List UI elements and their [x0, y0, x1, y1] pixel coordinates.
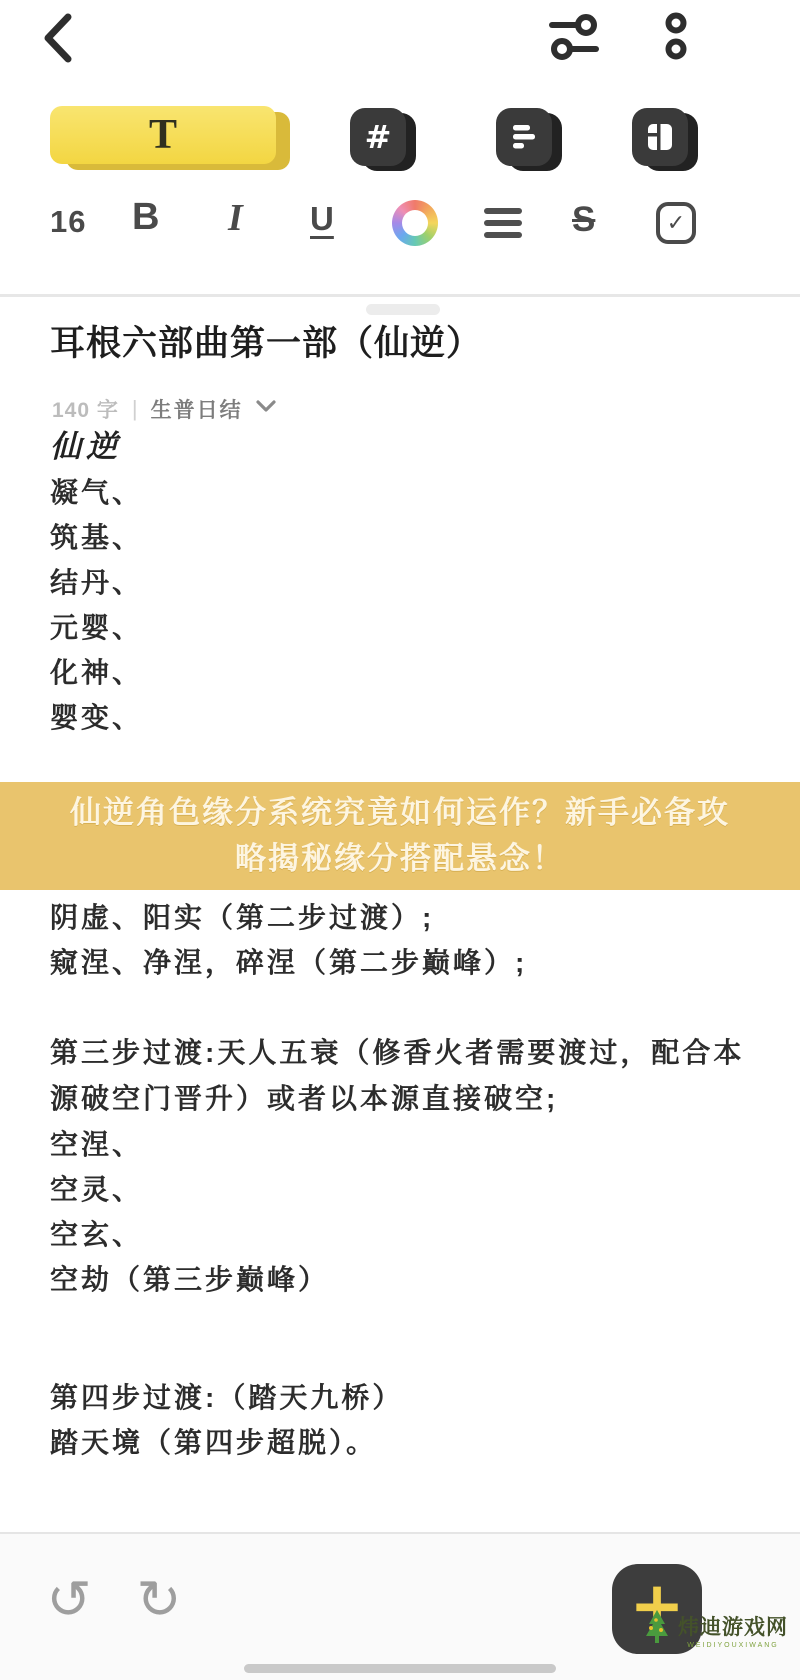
body-line[interactable]: 空涅、 [50, 1122, 762, 1168]
text-style-button-face: T [50, 106, 276, 164]
body-line[interactable]: 阴虚、阳实（第二步过渡）; [50, 895, 762, 941]
color-ring-icon[interactable] [392, 200, 438, 246]
body-line[interactable]: 仙逆 [50, 424, 762, 470]
promo-banner[interactable]: 仙逆角色缘分系统究竟如何运作？新手必备攻 略揭秘缘分搭配悬念！ [0, 782, 800, 890]
layout-columns-button[interactable] [632, 108, 702, 172]
hash-glyph: # [365, 118, 392, 156]
watermark-site-subtext: WEIDIYOUXIWANG [687, 1642, 779, 1649]
summary-list-button[interactable] [496, 108, 566, 172]
back-chevron-icon [41, 12, 75, 69]
underline-button[interactable]: U [310, 200, 334, 238]
site-watermark: 炜迪游戏网 WEIDIYOUXIWANG [641, 1608, 788, 1651]
two-dot-menu-icon [648, 8, 704, 69]
note-editor-screen: T # 16 B I U [0, 0, 800, 1680]
sliders-icon [546, 8, 602, 69]
bold-button[interactable]: B [132, 196, 159, 239]
promo-banner-line2: 略揭秘缘分搭配悬念！ [235, 836, 565, 882]
redo-button[interactable]: ↻ [124, 1564, 194, 1634]
hash-icon: # [350, 108, 406, 166]
align-lines-button[interactable] [482, 206, 524, 245]
italic-button[interactable]: I [228, 196, 243, 240]
body-line[interactable]: 第四步过渡:（踏天九桥） [50, 1375, 762, 1421]
note-tag[interactable]: 生普日结 [151, 394, 243, 424]
meta-separator: | [132, 396, 138, 422]
drag-handle[interactable] [366, 304, 440, 315]
back-button[interactable] [34, 12, 82, 68]
settings-button[interactable] [544, 8, 604, 68]
strikethrough-button[interactable]: S [572, 200, 595, 240]
layout-columns-icon [632, 108, 688, 166]
body-line[interactable]: 窥涅、净涅，碎涅（第二步巅峰）; [50, 940, 762, 986]
hash-tag-button[interactable]: # [350, 108, 420, 172]
undo-arrow-icon: ↺ [46, 1568, 91, 1631]
font-size-button[interactable]: 16 [50, 204, 86, 240]
body-line[interactable]: 第三步过渡:天人五衰（修香火者需要渡过，配合本源破空门晋升）或者以本源直接破空; [50, 1030, 762, 1122]
body-line[interactable]: 化神、 [50, 650, 762, 696]
watermark-site-name: 炜迪游戏网 [678, 1611, 788, 1641]
list-lines-icon [496, 108, 552, 166]
body-line[interactable]: 凝气、 [50, 470, 762, 516]
body-line[interactable]: 筑基、 [50, 515, 762, 561]
promo-banner-line1: 仙逆角色缘分系统究竟如何运作？新手必备攻 [70, 790, 730, 836]
home-indicator[interactable] [244, 1664, 556, 1673]
undo-button[interactable]: ↺ [34, 1564, 104, 1634]
note-title[interactable]: 耳根六部曲第一部（仙逆） [50, 316, 482, 366]
redo-arrow-icon: ↻ [136, 1568, 181, 1631]
word-count: 140 字 [52, 394, 119, 424]
body-line[interactable]: 婴变、 [50, 695, 762, 741]
text-style-button[interactable]: T [50, 106, 290, 172]
watermark-text: 炜迪游戏网 WEIDIYOUXIWANG [678, 1611, 788, 1649]
body-line[interactable]: 空劫（第三步巅峰） [50, 1257, 762, 1303]
body-line[interactable]: 元婴、 [50, 605, 762, 651]
watermark-logo-icon [641, 1608, 673, 1651]
check-icon: ✓ [667, 210, 685, 236]
text-style-t-glyph: T [149, 111, 177, 159]
body-line[interactable]: 空玄、 [50, 1212, 762, 1258]
note-meta-row: 140 字 | 生普日结 [52, 394, 276, 424]
checkbox-button[interactable]: ✓ [656, 202, 696, 244]
body-line[interactable]: 结丹、 [50, 560, 762, 606]
chevron-down-icon[interactable] [256, 400, 276, 418]
body-line[interactable]: 踏天境（第四步超脱）。 [50, 1420, 762, 1466]
toolbar-divider [0, 294, 800, 297]
body-line[interactable]: 空灵、 [50, 1167, 762, 1213]
more-menu-button[interactable] [646, 8, 706, 68]
